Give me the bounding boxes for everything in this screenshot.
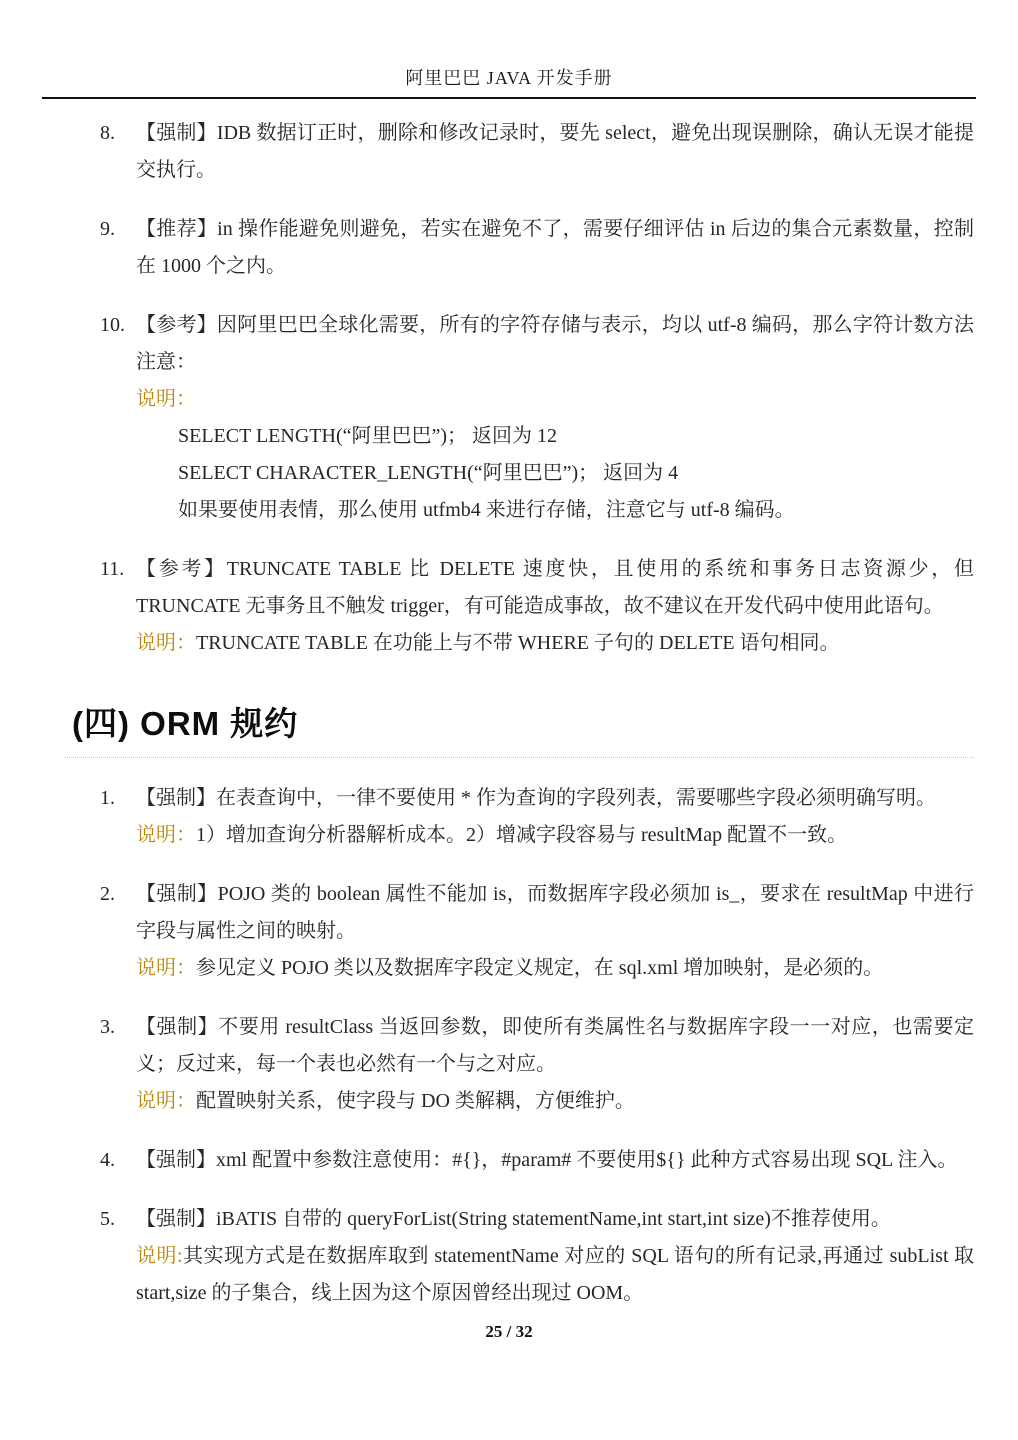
item-body: 【强制】不要用 resultClass 当返回参数，即使所有类属性名与数据库字段…: [136, 1009, 974, 1120]
orm-rule-item-2: 2.【强制】POJO 类的 boolean 属性不能加 is，而数据库字段必须加…: [100, 876, 974, 987]
text-run: 【参考】TRUNCATE TABLE 比 DELETE 速度快，且使用的系统和事…: [136, 558, 974, 617]
sql-rules-list: 8.【强制】IDB 数据订正时，删除和修改记录时，要先 select，避免出现误…: [100, 115, 974, 662]
text-run: 【强制】POJO 类的 boolean 属性不能加 is，而数据库字段必须加 i…: [136, 883, 974, 942]
page-number: 25 / 32: [485, 1322, 532, 1341]
item-body: 【强制】在表查询中，一律不要使用 * 作为查询的字段列表，需要哪些字段必须明确写…: [136, 780, 974, 854]
item-paragraph: 【强制】xml 配置中参数注意使用：#{}，#param# 不要使用${} 此种…: [136, 1142, 974, 1179]
text-run: 【强制】不要用 resultClass 当返回参数，即使所有类属性名与数据库字段…: [136, 1016, 974, 1075]
sql-rule-item-8: 8.【强制】IDB 数据订正时，删除和修改记录时，要先 select，避免出现误…: [100, 115, 974, 189]
note-label: 说明：: [136, 957, 196, 979]
note-label: 说明：: [136, 824, 196, 846]
text-run: 配置映射关系，使字段与 DO 类解耦，方便维护。: [196, 1090, 635, 1112]
item-paragraph: 【强制】iBATIS 自带的 queryForList(String state…: [136, 1201, 974, 1238]
item-paragraph: 【强制】IDB 数据订正时，删除和修改记录时，要先 select，避免出现误删除…: [136, 115, 974, 189]
item-number: 10.: [100, 307, 136, 529]
text-run: 【强制】iBATIS 自带的 queryForList(String state…: [136, 1208, 891, 1230]
orm-rule-item-4: 4.【强制】xml 配置中参数注意使用：#{}，#param# 不要使用${} …: [100, 1142, 974, 1179]
item-paragraph: 【强制】不要用 resultClass 当返回参数，即使所有类属性名与数据库字段…: [136, 1009, 974, 1083]
text-run: 其实现方式是在数据库取到 statementName 对应的 SQL 语句的所有…: [136, 1245, 974, 1304]
item-code-line: SELECT CHARACTER_LENGTH(“阿里巴巴”)； 返回为 4: [136, 455, 974, 492]
item-body: 【参考】TRUNCATE TABLE 比 DELETE 速度快，且使用的系统和事…: [136, 551, 974, 662]
item-number: 2.: [100, 876, 136, 987]
item-number: 11.: [100, 551, 136, 662]
item-body: 【强制】IDB 数据订正时，删除和修改记录时，要先 select，避免出现误删除…: [136, 115, 974, 189]
text-run: 【强制】IDB 数据订正时，删除和修改记录时，要先 select，避免出现误删除…: [136, 122, 974, 181]
section-separator: [65, 757, 974, 758]
item-number: 3.: [100, 1009, 136, 1120]
page-footer: 25 / 32: [0, 1322, 1018, 1342]
orm-rule-item-1: 1.【强制】在表查询中，一律不要使用 * 作为查询的字段列表，需要哪些字段必须明…: [100, 780, 974, 854]
item-body: 【强制】POJO 类的 boolean 属性不能加 is，而数据库字段必须加 i…: [136, 876, 974, 987]
text-run: 【参考】因阿里巴巴全球化需要，所有的字符存储与表示，均以 utf-8 编码，那么…: [136, 314, 974, 373]
item-number: 9.: [100, 211, 136, 285]
note-label: 说明：: [136, 388, 196, 410]
item-number: 4.: [100, 1142, 136, 1179]
header-title: 阿里巴巴 JAVA 开发手册: [405, 68, 612, 88]
sql-rule-item-10: 10.【参考】因阿里巴巴全球化需要，所有的字符存储与表示，均以 utf-8 编码…: [100, 307, 974, 529]
item-number: 1.: [100, 780, 136, 854]
item-paragraph: 说明：TRUNCATE TABLE 在功能上与不带 WHERE 子句的 DELE…: [136, 625, 974, 662]
item-paragraph: 说明:其实现方式是在数据库取到 statementName 对应的 SQL 语句…: [136, 1238, 974, 1312]
page-header: 阿里巴巴 JAVA 开发手册: [0, 0, 1018, 90]
item-paragraph: 【强制】POJO 类的 boolean 属性不能加 is，而数据库字段必须加 i…: [136, 876, 974, 950]
text-run: SELECT LENGTH(“阿里巴巴”)； 返回为 12: [178, 425, 557, 447]
item-paragraph: 说明：配置映射关系，使字段与 DO 类解耦，方便维护。: [136, 1083, 974, 1120]
orm-rules-list: 1.【强制】在表查询中，一律不要使用 * 作为查询的字段列表，需要哪些字段必须明…: [100, 780, 974, 1312]
item-paragraph: 说明：1）增加查询分析器解析成本。2）增减字段容易与 resultMap 配置不…: [136, 817, 974, 854]
item-paragraph: 【强制】在表查询中，一律不要使用 * 作为查询的字段列表，需要哪些字段必须明确写…: [136, 780, 974, 817]
item-body: 【强制】xml 配置中参数注意使用：#{}，#param# 不要使用${} 此种…: [136, 1142, 974, 1179]
item-code-line: 如果要使用表情，那么使用 utfmb4 来进行存储，注意它与 utf-8 编码。: [136, 492, 974, 529]
item-paragraph: 说明：: [136, 381, 974, 418]
sql-rule-item-9: 9.【推荐】in 操作能避免则避免，若实在避免不了，需要仔细评估 in 后边的集…: [100, 211, 974, 285]
text-run: 【推荐】in 操作能避免则避免，若实在避免不了，需要仔细评估 in 后边的集合元…: [136, 218, 974, 277]
item-paragraph: 【参考】TRUNCATE TABLE 比 DELETE 速度快，且使用的系统和事…: [136, 551, 974, 625]
text-run: 【强制】在表查询中，一律不要使用 * 作为查询的字段列表，需要哪些字段必须明确写…: [136, 787, 936, 809]
document-page: 阿里巴巴 JAVA 开发手册 8.【强制】IDB 数据订正时，删除和修改记录时，…: [0, 0, 1018, 1440]
page-content: 8.【强制】IDB 数据订正时，删除和修改记录时，要先 select，避免出现误…: [0, 99, 1018, 1312]
item-paragraph: 【参考】因阿里巴巴全球化需要，所有的字符存储与表示，均以 utf-8 编码，那么…: [136, 307, 974, 381]
orm-rule-item-3: 3.【强制】不要用 resultClass 当返回参数，即使所有类属性名与数据库…: [100, 1009, 974, 1120]
item-number: 5.: [100, 1201, 136, 1312]
note-label: 说明：: [136, 632, 196, 654]
item-number: 8.: [100, 115, 136, 189]
orm-rule-item-5: 5.【强制】iBATIS 自带的 queryForList(String sta…: [100, 1201, 974, 1312]
item-paragraph: 说明：参见定义 POJO 类以及数据库字段定义规定，在 sql.xml 增加映射…: [136, 950, 974, 987]
text-run: 【强制】xml 配置中参数注意使用：#{}，#param# 不要使用${} 此种…: [136, 1149, 958, 1171]
text-run: 如果要使用表情，那么使用 utfmb4 来进行存储，注意它与 utf-8 编码。: [178, 499, 795, 521]
text-run: SELECT CHARACTER_LENGTH(“阿里巴巴”)； 返回为 4: [178, 462, 678, 484]
section-heading-orm: (四) ORM 规约: [72, 698, 974, 745]
item-code-line: SELECT LENGTH(“阿里巴巴”)； 返回为 12: [136, 418, 974, 455]
sql-rule-item-11: 11.【参考】TRUNCATE TABLE 比 DELETE 速度快，且使用的系…: [100, 551, 974, 662]
note-label: 说明：: [136, 1090, 196, 1112]
item-body: 【参考】因阿里巴巴全球化需要，所有的字符存储与表示，均以 utf-8 编码，那么…: [136, 307, 974, 529]
text-run: 参见定义 POJO 类以及数据库字段定义规定，在 sql.xml 增加映射，是必…: [196, 957, 883, 979]
note-label: 说明:: [136, 1245, 183, 1267]
item-body: 【强制】iBATIS 自带的 queryForList(String state…: [136, 1201, 974, 1312]
item-paragraph: 【推荐】in 操作能避免则避免，若实在避免不了，需要仔细评估 in 后边的集合元…: [136, 211, 974, 285]
text-run: 1）增加查询分析器解析成本。2）增减字段容易与 resultMap 配置不一致。: [196, 824, 847, 846]
item-body: 【推荐】in 操作能避免则避免，若实在避免不了，需要仔细评估 in 后边的集合元…: [136, 211, 974, 285]
text-run: TRUNCATE TABLE 在功能上与不带 WHERE 子句的 DELETE …: [196, 632, 840, 654]
